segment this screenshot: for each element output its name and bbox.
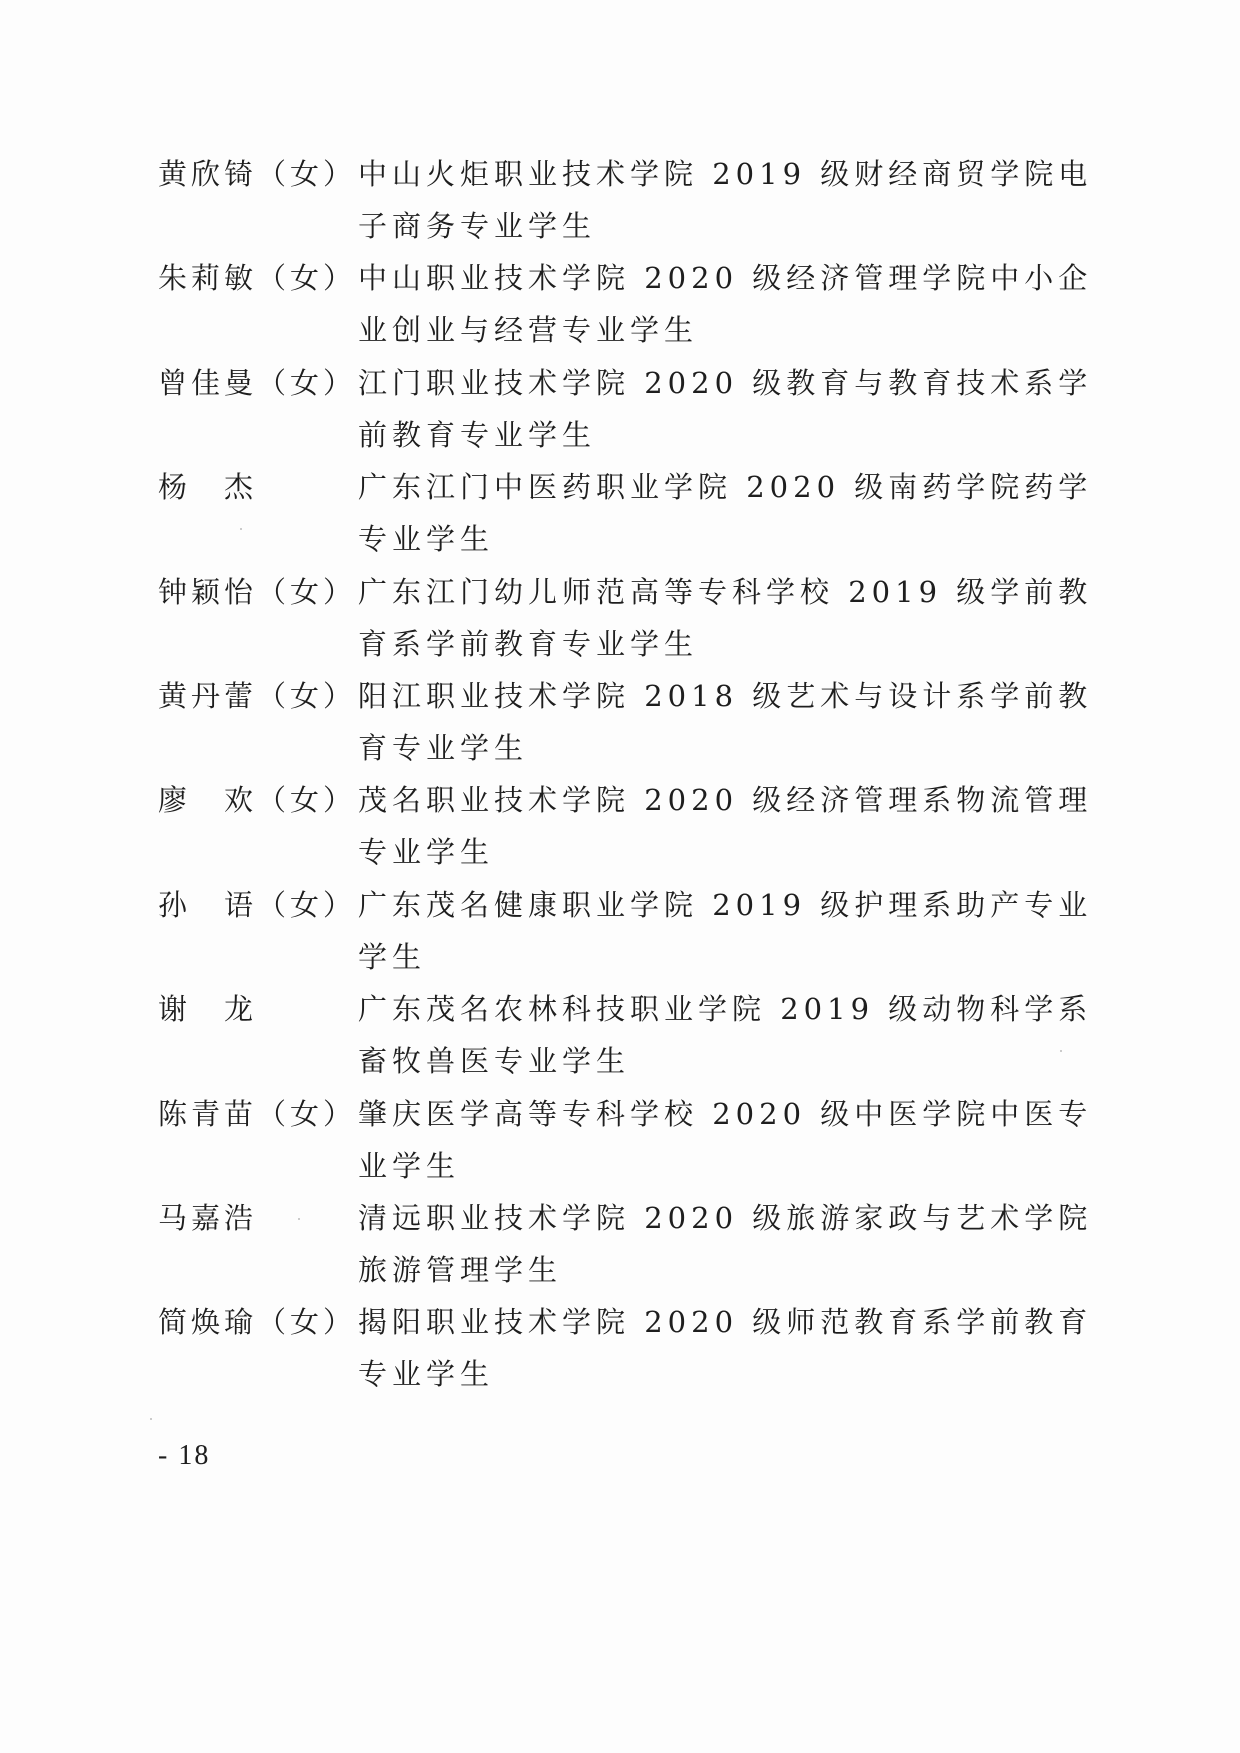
list-item: 钟颖怡（女） 广东江门幼儿师范高等专科学校 2019 级学前教育系学前教育专业学…	[158, 566, 1118, 670]
student-description: 广东江门中医药职业学院 2020 级南药学院药学专业学生	[358, 461, 1098, 565]
list-item: 廖 欢（女） 茂名职业技术学院 2020 级经济管理系物流管理专业学生	[158, 774, 1118, 878]
student-description: 广东茂名农林科技职业学院 2019 级动物科学系畜牧兽医专业学生	[358, 983, 1098, 1087]
student-description: 广东茂名健康职业学院 2019 级护理系助产专业学生	[358, 879, 1098, 983]
student-name: 黄欣锜（女）	[158, 148, 358, 200]
page-number: - 18	[158, 1440, 210, 1472]
student-name: 陈青苗（女）	[158, 1088, 358, 1140]
student-description: 江门职业技术学院 2020 级教育与教育技术系学前教育专业学生	[358, 357, 1098, 461]
student-description: 阳江职业技术学院 2018 级艺术与设计系学前教育专业学生	[358, 670, 1098, 774]
list-item: 曾佳曼（女） 江门职业技术学院 2020 级教育与教育技术系学前教育专业学生	[158, 357, 1118, 461]
student-name: 曾佳曼（女）	[158, 357, 358, 409]
student-name: 杨 杰	[158, 461, 358, 513]
list-item: 马嘉浩 清远职业技术学院 2020 级旅游家政与艺术学院旅游管理学生	[158, 1192, 1118, 1296]
list-item: 简焕瑜（女） 揭阳职业技术学院 2020 级师范教育系学前教育专业学生	[158, 1296, 1118, 1400]
student-name: 孙 语（女）	[158, 879, 358, 931]
scan-speck	[150, 1418, 152, 1420]
student-description: 广东江门幼儿师范高等专科学校 2019 级学前教育系学前教育专业学生	[358, 566, 1098, 670]
student-description: 肇庆医学高等专科学校 2020 级中医学院中医专业学生	[358, 1088, 1098, 1192]
student-name: 马嘉浩	[158, 1192, 358, 1244]
student-description: 茂名职业技术学院 2020 级经济管理系物流管理专业学生	[358, 774, 1098, 878]
list-item: 朱莉敏（女） 中山职业技术学院 2020 级经济管理学院中小企业创业与经营专业学…	[158, 252, 1118, 356]
list-item: 谢 龙 广东茂名农林科技职业学院 2019 级动物科学系畜牧兽医专业学生	[158, 983, 1118, 1087]
document-page: 黄欣锜（女） 中山火炬职业技术学院 2019 级财经商贸学院电子商务专业学生 朱…	[0, 0, 1240, 1753]
scan-speck	[240, 528, 242, 530]
student-description: 揭阳职业技术学院 2020 级师范教育系学前教育专业学生	[358, 1296, 1098, 1400]
student-name: 简焕瑜（女）	[158, 1296, 358, 1348]
student-name: 钟颖怡（女）	[158, 566, 358, 618]
list-item: 杨 杰 广东江门中医药职业学院 2020 级南药学院药学专业学生	[158, 461, 1118, 565]
scan-speck	[298, 1218, 300, 1220]
student-list: 黄欣锜（女） 中山火炬职业技术学院 2019 级财经商贸学院电子商务专业学生 朱…	[158, 148, 1118, 1401]
student-name: 廖 欢（女）	[158, 774, 358, 826]
list-item: 孙 语（女） 广东茂名健康职业学院 2019 级护理系助产专业学生	[158, 879, 1118, 983]
student-name: 谢 龙	[158, 983, 358, 1035]
scan-speck	[1060, 1050, 1062, 1052]
list-item: 陈青苗（女） 肇庆医学高等专科学校 2020 级中医学院中医专业学生	[158, 1088, 1118, 1192]
student-description: 中山职业技术学院 2020 级经济管理学院中小企业创业与经营专业学生	[358, 252, 1098, 356]
student-name: 朱莉敏（女）	[158, 252, 358, 304]
student-description: 中山火炬职业技术学院 2019 级财经商贸学院电子商务专业学生	[358, 148, 1098, 252]
student-name: 黄丹蕾（女）	[158, 670, 358, 722]
student-description: 清远职业技术学院 2020 级旅游家政与艺术学院旅游管理学生	[358, 1192, 1098, 1296]
list-item: 黄丹蕾（女） 阳江职业技术学院 2018 级艺术与设计系学前教育专业学生	[158, 670, 1118, 774]
list-item: 黄欣锜（女） 中山火炬职业技术学院 2019 级财经商贸学院电子商务专业学生	[158, 148, 1118, 252]
